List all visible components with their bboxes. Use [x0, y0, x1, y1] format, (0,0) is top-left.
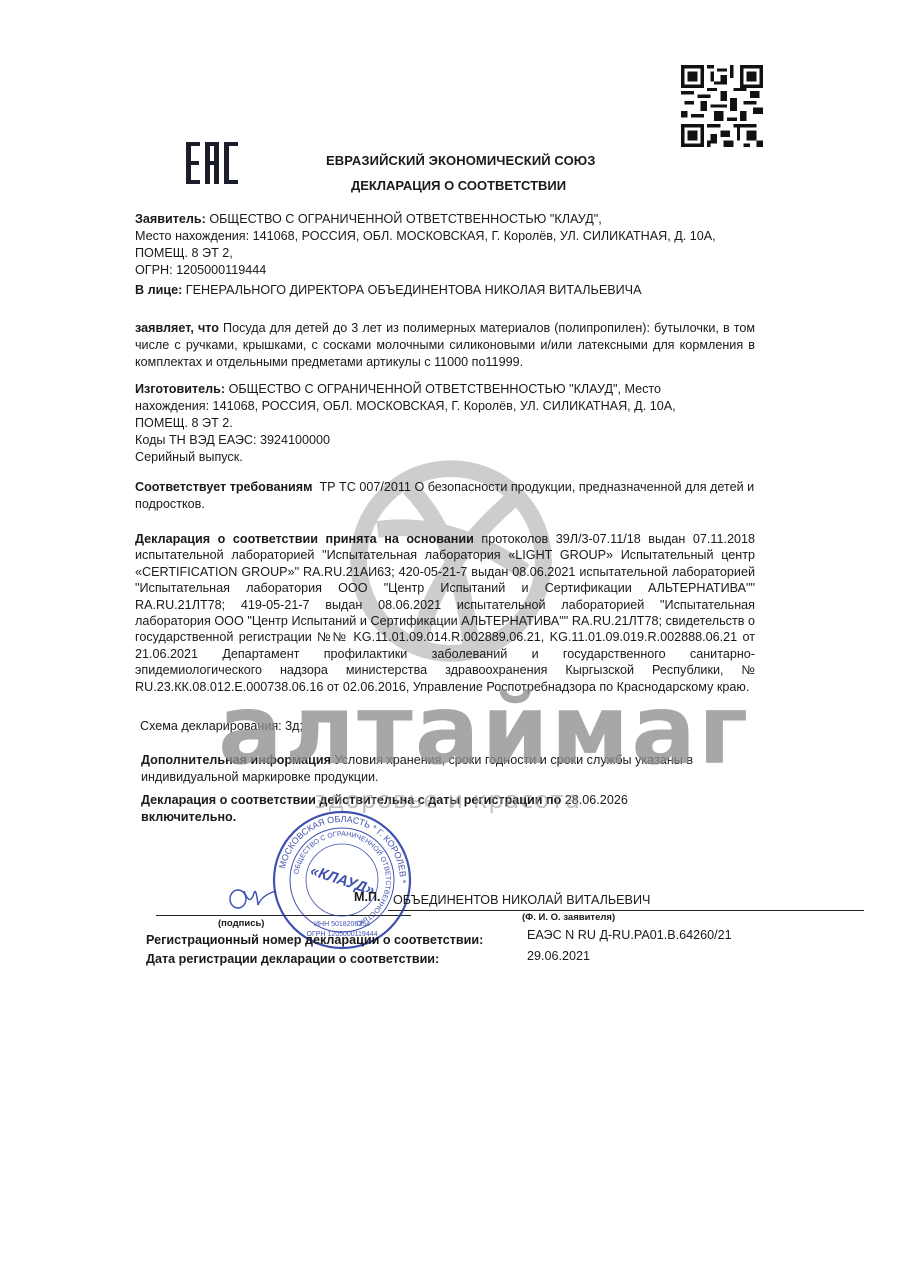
manufacturer-label: Изготовитель:: [135, 382, 225, 396]
name-line: [388, 910, 864, 911]
applicant-section: Заявитель: ОБЩЕСТВО С ОГРАНИЧЕННОЙ ОТВЕТ…: [135, 211, 755, 299]
applicant-address-2: ПОМЕЩ. 8 ЭТ 2,: [135, 245, 755, 262]
validity-label: Декларация о соответствии действительна …: [141, 793, 561, 807]
union-heading: ЕВРАЗИЙСКИЙ ЭКОНОМИЧЕСКИЙ СОЮЗ: [326, 153, 596, 168]
additional-info-label: Дополнительная информация: [141, 753, 331, 767]
validity-date: 28.06.2026: [565, 793, 628, 807]
registration-date-label: Дата регистрации декларации о соответств…: [146, 952, 439, 966]
seal-place-label: М.П.: [354, 890, 381, 904]
representative-name: ГЕНЕРАЛЬНОГО ДИРЕКТОРА ОБЪЕДИНЕНТОВА НИК…: [186, 283, 642, 297]
signature-icon: [228, 885, 278, 913]
applicant-address: Место нахождения: 141068, РОССИЯ, ОБЛ. М…: [135, 228, 755, 245]
applicant-name: ОБЩЕСТВО С ОГРАНИЧЕННОЙ ОТВЕТСТВЕННОСТЬЮ…: [209, 212, 601, 226]
conformity-label: Соответствует требованиям: [135, 480, 312, 494]
conformity-section: Соответствует требованиям ТР ТС 007/2011…: [135, 479, 755, 513]
product-description: Посуда для детей до 3 лет из полимерных …: [135, 321, 755, 369]
basis-label: Декларация о соответствии принята на осн…: [135, 532, 474, 546]
manufacturer-section: Изготовитель: ОБЩЕСТВО С ОГРАНИЧЕННОЙ ОТ…: [135, 381, 725, 466]
validity-suffix: включительно.: [141, 809, 741, 826]
company-stamp-icon: МОСКОВСКАЯ ОБЛАСТЬ * Г. КОРОЛЕВ * ОБЩЕСТ…: [272, 810, 412, 950]
serial-production: Серийный выпуск.: [135, 449, 725, 466]
applicant-label: Заявитель:: [135, 212, 206, 226]
signer-name: ОБЪЕДИНЕНТОВ НИКОЛАЙ ВИТАЛЬЕВИЧ: [393, 893, 650, 907]
basis-text: протоколов 39Л/3-07.11/18 выдан 07.11.20…: [135, 532, 755, 694]
representative-label: В лице:: [135, 283, 182, 297]
declares-section: заявляет, что Посуда для детей до 3 лет …: [135, 320, 755, 371]
declares-label: заявляет, что: [135, 321, 219, 335]
eac-logo-icon: [186, 142, 238, 184]
signature-caption: (подпись): [218, 918, 264, 929]
qr-code-icon[interactable]: [681, 64, 763, 148]
declaration-scheme: Схема декларирования: 3д;: [140, 718, 303, 735]
name-caption: (Ф. И. О. заявителя): [522, 912, 615, 923]
registration-number: ЕАЭС N RU Д-RU.PA01.B.64260/21: [527, 928, 732, 942]
additional-info-section: Дополнительная информация Условия хранен…: [141, 752, 741, 786]
hs-codes: Коды ТН ВЭД ЕАЭС: 3924100000: [135, 432, 725, 449]
registration-number-label: Регистрационный номер декларации о соотв…: [146, 933, 483, 947]
stamp-inn: ИНН 5018206354: [314, 921, 370, 928]
registration-date: 29.06.2021: [527, 949, 590, 963]
document-title: ДЕКЛАРАЦИЯ О СООТВЕТСТВИИ: [351, 178, 566, 193]
validity-section: Декларация о соответствии действительна …: [141, 792, 741, 826]
basis-section: Декларация о соответствии принята на осн…: [135, 531, 755, 695]
applicant-ogrn: ОГРН: 1205000119444: [135, 262, 755, 279]
